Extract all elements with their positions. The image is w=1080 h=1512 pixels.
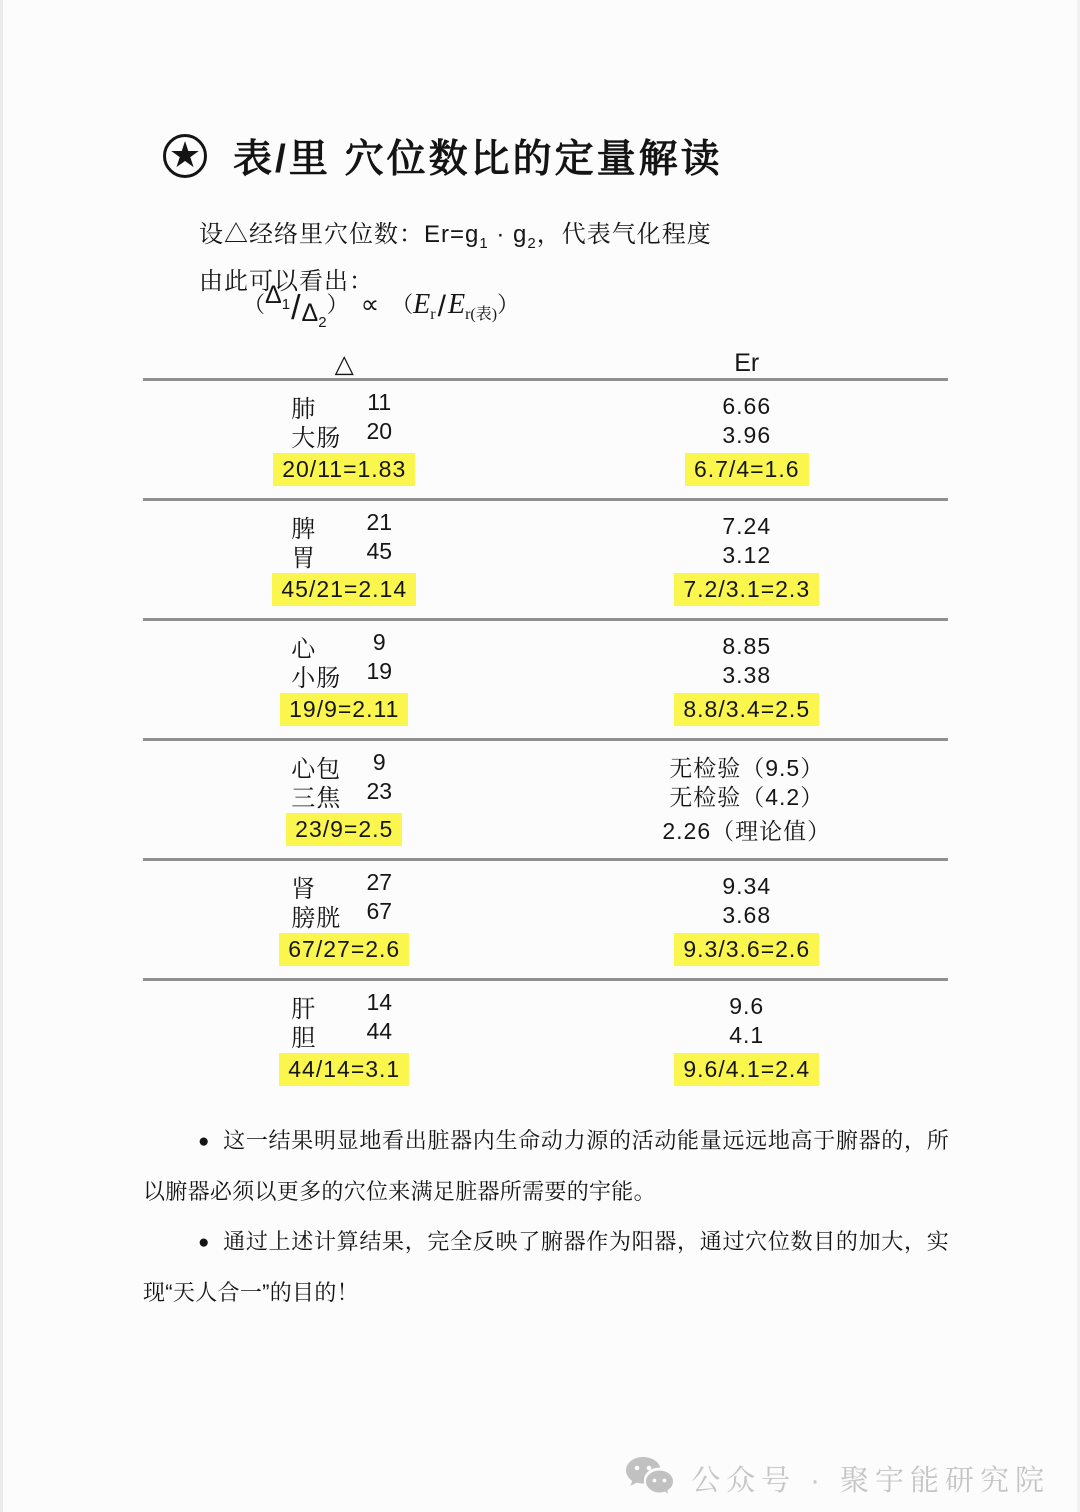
ratio-table: △ Er 肺11 6.66 大肠20 3.96 20/11=1.83 6.: [143, 351, 948, 1098]
table-row: 胃45 3.12: [143, 541, 948, 570]
note-item: ●这一结果明显地看出脏器内生命动力源的活动能量远远地高于腑器的，所 以腑器必须以…: [143, 1116, 949, 1217]
note-line: ●通过上述计算结果，完全反映了腑器作为阳器，通过穴位数目的加大，实: [143, 1217, 949, 1268]
er-ratio-value: 9.3/3.6=2.6: [674, 933, 819, 966]
er-ratio-value: 7.2/3.1=2.3: [674, 573, 819, 606]
table-row: 膀胱67 3.68: [143, 901, 948, 930]
delta-cell: 胆44: [143, 1018, 546, 1053]
delta-cell: 胃45: [143, 538, 546, 573]
assumption-mid: · g: [489, 221, 528, 248]
er-cell: 4.1: [546, 1022, 949, 1049]
organ-count: 23: [361, 778, 397, 813]
assumption-pre: 设△经络里穴位数：Er=g: [199, 221, 479, 248]
meridian-group: 心9 8.85 小肠19 3.38 19/9=2.11 8.8/3.4=2.5: [143, 621, 948, 741]
er-value: 8.85: [722, 633, 771, 660]
table-header-delta: △: [143, 349, 546, 379]
table-row: 心包9 无检验（9.5）: [143, 752, 948, 781]
ratio-row: 23/9=2.5 2.26（理论值）: [143, 813, 948, 845]
assumption-post: ，代表气化程度: [537, 221, 712, 248]
meridian-group: 心包9 无检验（9.5） 三焦23 无检验（4.2） 23/9=2.5 2.26…: [143, 741, 948, 861]
er-ratio-cell: 9.3/3.6=2.6: [546, 933, 949, 966]
delta-ratio-cell: 20/11=1.83: [143, 453, 546, 486]
delta1-term: Δ1: [265, 281, 290, 309]
watermark-text: 公众号 · 聚宇能研究院: [691, 1458, 1050, 1499]
bullet-icon: ●: [198, 1232, 210, 1253]
er-value: 3.38: [722, 662, 771, 689]
er-value: 4.1: [729, 1022, 764, 1049]
er-ratio-value: 9.6/4.1=2.4: [674, 1053, 819, 1086]
close-paren-2: ）: [497, 292, 519, 317]
note-text: 通过上述计算结果，完全反映了腑器作为阳器，通过穴位数目的加大，实: [223, 1229, 949, 1254]
er-value: 3.68: [722, 902, 771, 929]
proportional-symbol: ∝: [361, 289, 380, 319]
delta-cell: 小肠19: [143, 658, 546, 693]
er-ratio-value: 2.26（理论值）: [653, 810, 840, 849]
er-cell: 无检验（4.2）: [546, 779, 949, 812]
table-row: 肝14 9.6: [143, 992, 948, 1021]
er-ratio-value: 8.8/3.4=2.5: [674, 693, 819, 726]
close-paren: ）: [327, 292, 349, 317]
note-line: 以腑器必须以更多的穴位来满足脏器所需要的宇能。: [143, 1167, 949, 1217]
open-paren-2: （: [391, 292, 413, 317]
ratio-row: 20/11=1.83 6.7/4=1.6: [143, 453, 948, 485]
er-ratio-cell: 9.6/4.1=2.4: [546, 1053, 949, 1086]
delta-ratio-value: 19/9=2.11: [280, 693, 408, 726]
table-row: 肾27 9.34: [143, 872, 948, 901]
organ-count: 19: [361, 658, 397, 693]
organ-name: 胆: [291, 1018, 361, 1053]
star-icon: ★: [163, 134, 207, 178]
table-header-er: Er: [546, 349, 949, 378]
delta-ratio-cell: 44/14=3.1: [143, 1053, 546, 1086]
ratio-row: 44/14=3.1 9.6/4.1=2.4: [143, 1053, 948, 1085]
er-cell: 3.96: [546, 422, 949, 449]
slash-2: /: [438, 290, 446, 323]
note-item: ●通过上述计算结果，完全反映了腑器作为阳器，通过穴位数目的加大，实 现“天人合一…: [143, 1217, 949, 1318]
organ-name: 胃: [291, 538, 361, 573]
delta-ratio-cell: 67/27=2.6: [143, 933, 546, 966]
note-line: ●这一结果明显地看出脏器内生命动力源的活动能量远远地高于腑器的，所: [143, 1116, 949, 1167]
er-ratio-cell: 6.7/4=1.6: [546, 453, 949, 486]
note-line: 现“天人合一”的目的！: [143, 1268, 949, 1318]
table-row: 心9 8.85: [143, 632, 948, 661]
proportion-formula: （Δ1/Δ2）∝（Er/Er(表)）: [243, 288, 519, 328]
table-row: 小肠19 3.38: [143, 661, 948, 690]
star-glyph: ★: [169, 137, 201, 173]
er-value: 6.66: [722, 393, 771, 420]
meridian-group: 肝14 9.6 胆44 4.1 44/14=3.1 9.6/4.1=2.4: [143, 981, 948, 1098]
g2-subscript: 2: [527, 235, 536, 252]
delta-ratio-cell: 19/9=2.11: [143, 693, 546, 726]
er-cell: 9.6: [546, 993, 949, 1020]
er-ratio-value: 6.7/4=1.6: [685, 453, 809, 486]
fraction-slash: /: [291, 289, 300, 327]
er-value: 9.6: [729, 993, 764, 1020]
er-cell: 7.24: [546, 513, 949, 540]
organ-name: 膀胱: [291, 898, 361, 933]
er-value: 无检验（4.2）: [669, 779, 824, 812]
er-subscript: r: [430, 306, 435, 323]
er-ratio-cell: 7.2/3.1=2.3: [546, 573, 949, 606]
delta-ratio-value: 67/27=2.6: [279, 933, 409, 966]
organ-count: 45: [361, 538, 397, 573]
page-left-edge: [0, 0, 3, 1512]
er-biao-term: E: [448, 289, 465, 320]
page-header: ★ 表/里 穴位数比的定量解读: [163, 128, 723, 184]
er-biao-subscript: r(表): [465, 306, 497, 323]
delta-cell: 大肠20: [143, 418, 546, 453]
delta-ratio-cell: 45/21=2.14: [143, 573, 546, 606]
delta-cell: 膀胱67: [143, 898, 546, 933]
table-row: 肺11 6.66: [143, 392, 948, 421]
delta-ratio-cell: 23/9=2.5: [143, 813, 546, 846]
er-term: E: [413, 289, 430, 320]
delta-ratio-value: 23/9=2.5: [286, 813, 402, 846]
assumption-line: 设△经络里穴位数：Er=g1 · g2，代表气化程度: [199, 214, 712, 252]
er-cell: 8.85: [546, 633, 949, 660]
table-row: 脾21 7.24: [143, 512, 948, 541]
table-body: 肺11 6.66 大肠20 3.96 20/11=1.83 6.7/4=1.6: [143, 381, 948, 1098]
er-ratio-cell: 8.8/3.4=2.5: [546, 693, 949, 726]
ratio-row: 67/27=2.6 9.3/3.6=2.6: [143, 933, 948, 965]
er-cell: 9.34: [546, 873, 949, 900]
er-cell: 6.66: [546, 393, 949, 420]
er-value: 9.34: [722, 873, 771, 900]
note-text: 这一结果明显地看出脏器内生命动力源的活动能量远远地高于腑器的，所: [223, 1128, 949, 1153]
organ-count: 20: [361, 418, 397, 453]
table-row: 大肠20 3.96: [143, 421, 948, 450]
delta-ratio-value: 44/14=3.1: [279, 1053, 409, 1086]
organ-count: 44: [361, 1018, 397, 1053]
er-value: 3.12: [722, 542, 771, 569]
bullet-icon: ●: [198, 1131, 210, 1152]
organ-name: 大肠: [291, 418, 361, 453]
delta-ratio-value: 45/21=2.14: [272, 573, 416, 606]
meridian-group: 肾27 9.34 膀胱67 3.68 67/27=2.6 9.3/3.6=2.6: [143, 861, 948, 981]
page-title: 表/里 穴位数比的定量解读: [233, 128, 723, 184]
delta-ratio-value: 20/11=1.83: [273, 453, 415, 486]
watermark: 公众号 · 聚宇能研究院: [624, 1456, 1050, 1500]
er-value: 3.96: [722, 422, 771, 449]
table-row: 三焦23 无检验（4.2）: [143, 781, 948, 810]
organ-count: 67: [361, 898, 397, 933]
ratio-row: 19/9=2.11 8.8/3.4=2.5: [143, 693, 948, 725]
wechat-icon: [624, 1456, 676, 1500]
page: { "page": { "star_glyph": "★", "title": …: [0, 0, 1080, 1512]
g1-subscript: 1: [479, 235, 488, 252]
er-ratio-cell: 2.26（理论值）: [546, 810, 949, 849]
delta-cell: 三焦23: [143, 778, 546, 813]
table-header-row: △ Er: [143, 351, 948, 381]
er-cell: 3.12: [546, 542, 949, 569]
notes: ●这一结果明显地看出脏器内生命动力源的活动能量远远地高于腑器的，所 以腑器必须以…: [143, 1116, 949, 1318]
er-cell: 3.68: [546, 902, 949, 929]
open-paren: （: [243, 292, 265, 317]
er-value: 7.24: [722, 513, 771, 540]
organ-name: 小肠: [291, 658, 361, 693]
delta2-term: Δ2: [302, 299, 327, 327]
meridian-group: 肺11 6.66 大肠20 3.96 20/11=1.83 6.7/4=1.6: [143, 381, 948, 501]
table-row: 胆44 4.1: [143, 1021, 948, 1050]
er-cell: 3.38: [546, 662, 949, 689]
meridian-group: 脾21 7.24 胃45 3.12 45/21=2.14 7.2/3.1=2.3: [143, 501, 948, 621]
organ-name: 三焦: [291, 778, 361, 813]
ratio-row: 45/21=2.14 7.2/3.1=2.3: [143, 573, 948, 605]
